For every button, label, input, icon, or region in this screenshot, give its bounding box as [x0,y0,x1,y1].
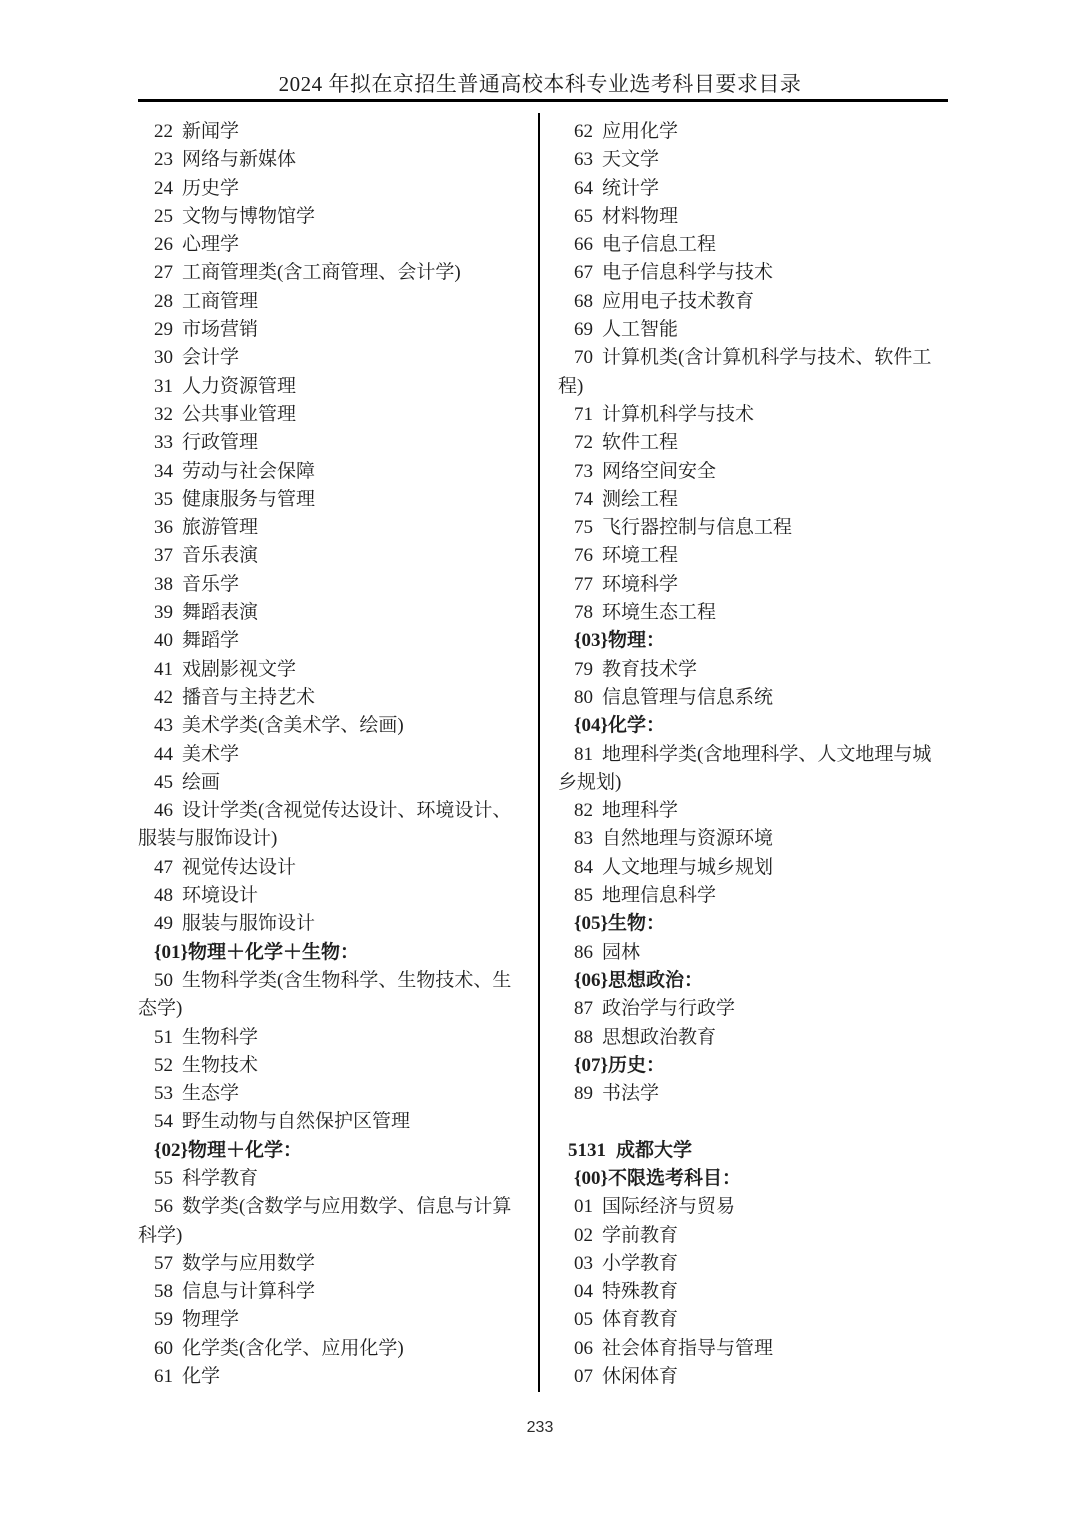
item-name: 服装与服饰设计 [182,913,315,934]
major-item: 33行政管理 [138,429,519,457]
section-title: 物理＋化学＋生物： [188,942,359,963]
item-name: 文物与博物馆学 [182,206,315,227]
column-divider [538,113,540,1392]
major-item: 84人文地理与城乡规划 [558,854,939,882]
item-name: 测绘工程 [602,489,678,510]
major-item: 60化学类(含化学、应用化学) [138,1335,519,1363]
item-number: 82 [574,800,593,821]
item-name: 园林 [602,942,640,963]
item-number: 62 [574,121,593,142]
subject-requirement-header: {00}不限选考科目： [558,1165,939,1193]
item-name: 会计学 [182,347,239,368]
item-name: 生态学 [182,1083,239,1104]
item-name: 美术学 [182,744,239,765]
major-item: 02学前教育 [558,1222,939,1250]
item-number: 55 [154,1168,173,1189]
page-title: 2024 年拟在京招生普通高校本科专业选考科目要求目录 [0,71,1080,97]
item-name: 音乐学 [182,574,239,595]
document-page: { "header": { "title": "2024 年拟在京招生普通高校本… [0,0,1080,1527]
major-item: 35健康服务与管理 [138,486,519,514]
major-item: 31人力资源管理 [138,373,519,401]
major-item: 73网络空间安全 [558,458,939,486]
university-header: 5131成都大学 [558,1137,939,1165]
item-number: 59 [154,1309,173,1330]
item-number: 88 [574,1027,593,1048]
item-name: 自然地理与资源环境 [602,828,773,849]
section-code: {07} [574,1055,608,1076]
item-name: 飞行器控制与信息工程 [602,517,792,538]
item-number: 06 [574,1338,593,1359]
item-number: 26 [154,234,173,255]
item-name: 播音与主持艺术 [182,687,315,708]
item-name: 书法学 [602,1083,659,1104]
item-name: 工商管理类(含工商管理、会计学) [182,262,461,283]
item-number: 47 [154,857,173,878]
item-name: 设计学类(含视觉传达设计、环境设计、服装与服饰设计) [138,800,511,849]
major-item: 56数学类(含数学与应用数学、信息与计算科学) [138,1193,519,1250]
item-number: 42 [154,687,173,708]
item-number: 30 [154,347,173,368]
major-item: 25文物与博物馆学 [138,203,519,231]
university-name: 成都大学 [616,1140,692,1161]
subject-requirement-header: {07}历史： [558,1052,939,1080]
section-title: 不限选考科目： [608,1168,741,1189]
item-number: 54 [154,1111,173,1132]
item-name: 地理科学类(含地理科学、人文地理与城乡规划) [558,744,931,793]
item-name: 体育教育 [602,1309,678,1330]
major-item: 07休闲体育 [558,1363,939,1391]
section-code: {00} [574,1168,608,1189]
major-item: 77环境科学 [558,571,939,599]
item-number: 67 [574,262,593,283]
item-name: 计算机类(含计算机科学与技术、软件工程) [558,347,931,396]
item-number: 80 [574,687,593,708]
major-item: 48环境设计 [138,882,519,910]
major-item: 01国际经济与贸易 [558,1193,939,1221]
item-number: 45 [154,772,173,793]
item-name: 数学类(含数学与应用数学、信息与计算科学) [138,1196,511,1245]
major-item: 66电子信息工程 [558,231,939,259]
item-number: 43 [154,715,173,736]
item-name: 市场营销 [182,319,258,340]
section-code: {02} [154,1140,188,1161]
item-number: 68 [574,291,593,312]
item-name: 应用化学 [602,121,678,142]
item-name: 绘画 [182,772,220,793]
item-number: 28 [154,291,173,312]
item-number: 37 [154,545,173,566]
item-name: 旅游管理 [182,517,258,538]
major-item: 04特殊教育 [558,1278,939,1306]
major-item: 30会计学 [138,344,519,372]
item-name: 环境生态工程 [602,602,716,623]
item-number: 79 [574,659,593,680]
page-number: 233 [0,1418,1080,1438]
item-name: 公共事业管理 [182,404,296,425]
subject-requirement-header: {02}物理＋化学： [138,1137,519,1165]
subject-requirement-header: {03}物理： [558,627,939,655]
item-number: 66 [574,234,593,255]
major-item: 81地理科学类(含地理科学、人文地理与城乡规划) [558,741,939,798]
item-number: 22 [154,121,173,142]
item-number: 24 [154,178,173,199]
major-item: 87政治学与行政学 [558,995,939,1023]
major-item: 47视觉传达设计 [138,854,519,882]
item-name: 劳动与社会保障 [182,461,315,482]
major-item: 28工商管理 [138,288,519,316]
item-name: 化学 [182,1366,220,1387]
major-item: 42播音与主持艺术 [138,684,519,712]
section-code: {06} [574,970,608,991]
item-number: 60 [154,1338,173,1359]
item-name: 思想政治教育 [602,1027,716,1048]
major-item: 65材料物理 [558,203,939,231]
item-number: 74 [574,489,593,510]
major-item: 36旅游管理 [138,514,519,542]
major-item: 29市场营销 [138,316,519,344]
item-number: 81 [574,744,593,765]
left-column: 22新闻学23网络与新媒体24历史学25文物与博物馆学26心理学27工商管理类(… [138,118,519,1391]
subject-requirement-header: {06}思想政治： [558,967,939,995]
item-number: 03 [574,1253,593,1274]
section-title: 物理＋化学： [188,1140,302,1161]
right-column: 62应用化学63天文学64统计学65材料物理66电子信息工程67电子信息科学与技… [558,118,939,1391]
item-name: 心理学 [182,234,239,255]
major-item: 39舞蹈表演 [138,599,519,627]
item-name: 戏剧影视文学 [182,659,296,680]
item-name: 信息与计算科学 [182,1281,315,1302]
major-item: 62应用化学 [558,118,939,146]
item-number: 34 [154,461,173,482]
item-name: 人力资源管理 [182,376,296,397]
item-name: 人工智能 [602,319,678,340]
item-number: 46 [154,800,173,821]
item-name: 网络空间安全 [602,461,716,482]
section-title: 化学： [608,715,665,736]
item-name: 美术学类(含美术学、绘画) [182,715,404,736]
item-number: 32 [154,404,173,425]
item-number: 51 [154,1027,173,1048]
major-item: 46设计学类(含视觉传达设计、环境设计、服装与服饰设计) [138,797,519,854]
major-item: 69人工智能 [558,316,939,344]
item-name: 历史学 [182,178,239,199]
item-number: 40 [154,630,173,651]
item-name: 地理科学 [602,800,678,821]
item-number: 29 [154,319,173,340]
major-item: 38音乐学 [138,571,519,599]
item-number: 65 [574,206,593,227]
item-number: 84 [574,857,593,878]
major-item: 64统计学 [558,175,939,203]
item-name: 软件工程 [602,432,678,453]
item-number: 01 [574,1196,593,1217]
major-item: 71计算机科学与技术 [558,401,939,429]
subject-requirement-header: {01}物理＋化学＋生物： [138,939,519,967]
major-item: 05体育教育 [558,1306,939,1334]
item-name: 野生动物与自然保护区管理 [182,1111,410,1132]
item-name: 统计学 [602,178,659,199]
item-number: 57 [154,1253,173,1274]
item-number: 61 [154,1366,173,1387]
item-number: 44 [154,744,173,765]
university-code: 5131 [568,1140,606,1161]
section-code: {05} [574,913,608,934]
item-number: 41 [154,659,173,680]
major-item: 76环境工程 [558,542,939,570]
major-item: 82地理科学 [558,797,939,825]
item-number: 69 [574,319,593,340]
item-number: 71 [574,404,593,425]
major-item: 86园林 [558,939,939,967]
item-name: 特殊教育 [602,1281,678,1302]
major-item: 68应用电子技术教育 [558,288,939,316]
section-code: {04} [574,715,608,736]
major-item: 89书法学 [558,1080,939,1108]
major-item: 58信息与计算科学 [138,1278,519,1306]
item-number: 53 [154,1083,173,1104]
item-number: 07 [574,1366,593,1387]
major-item: 44美术学 [138,741,519,769]
section-title: 思想政治： [608,970,703,991]
major-item: 26心理学 [138,231,519,259]
item-number: 89 [574,1083,593,1104]
major-item: 80信息管理与信息系统 [558,684,939,712]
item-name: 环境设计 [182,885,258,906]
major-item: 34劳动与社会保障 [138,458,519,486]
major-item: 55科学教育 [138,1165,519,1193]
item-number: 04 [574,1281,593,1302]
section-title: 生物： [608,913,665,934]
major-item: 74测绘工程 [558,486,939,514]
item-number: 58 [154,1281,173,1302]
item-number: 48 [154,885,173,906]
item-number: 52 [154,1055,173,1076]
major-item: 61化学 [138,1363,519,1391]
item-name: 网络与新媒体 [182,149,296,170]
major-item: 85地理信息科学 [558,882,939,910]
item-name: 科学教育 [182,1168,258,1189]
major-item: 63天文学 [558,146,939,174]
blank-line [558,1108,939,1136]
item-name: 视觉传达设计 [182,857,296,878]
item-number: 38 [154,574,173,595]
item-number: 63 [574,149,593,170]
section-title: 历史： [608,1055,665,1076]
item-name: 人文地理与城乡规划 [602,857,773,878]
major-item: 51生物科学 [138,1024,519,1052]
item-number: 83 [574,828,593,849]
major-item: 24历史学 [138,175,519,203]
item-name: 环境科学 [602,574,678,595]
section-title: 物理： [608,630,665,651]
item-number: 02 [574,1225,593,1246]
item-number: 33 [154,432,173,453]
major-item: 83自然地理与资源环境 [558,825,939,853]
item-number: 05 [574,1309,593,1330]
item-name: 社会体育指导与管理 [602,1338,773,1359]
item-name: 国际经济与贸易 [602,1196,735,1217]
item-number: 75 [574,517,593,538]
subject-requirement-header: {04}化学： [558,712,939,740]
item-number: 49 [154,913,173,934]
item-number: 77 [574,574,593,595]
major-item: 43美术学类(含美术学、绘画) [138,712,519,740]
major-item: 57数学与应用数学 [138,1250,519,1278]
item-name: 天文学 [602,149,659,170]
item-number: 78 [574,602,593,623]
major-item: 59物理学 [138,1306,519,1334]
major-item: 52生物技术 [138,1052,519,1080]
item-number: 70 [574,347,593,368]
item-number: 73 [574,461,593,482]
item-name: 小学教育 [602,1253,678,1274]
item-name: 化学类(含化学、应用化学) [182,1338,404,1359]
major-item: 72软件工程 [558,429,939,457]
major-item: 41戏剧影视文学 [138,656,519,684]
item-name: 应用电子技术教育 [602,291,754,312]
item-name: 健康服务与管理 [182,489,315,510]
item-name: 生物技术 [182,1055,258,1076]
item-number: 31 [154,376,173,397]
item-number: 35 [154,489,173,510]
item-name: 电子信息科学与技术 [602,262,773,283]
major-item: 37音乐表演 [138,542,519,570]
item-name: 教育技术学 [602,659,697,680]
item-name: 环境工程 [602,545,678,566]
header-rule [138,99,948,102]
item-name: 休闲体育 [602,1366,678,1387]
item-number: 72 [574,432,593,453]
item-name: 舞蹈学 [182,630,239,651]
major-item: 45绘画 [138,769,519,797]
item-name: 信息管理与信息系统 [602,687,773,708]
item-name: 材料物理 [602,206,678,227]
item-number: 39 [154,602,173,623]
subject-requirement-header: {05}生物： [558,910,939,938]
major-item: 49服装与服饰设计 [138,910,519,938]
major-item: 22新闻学 [138,118,519,146]
major-item: 88思想政治教育 [558,1024,939,1052]
item-name: 物理学 [182,1309,239,1330]
item-number: 85 [574,885,593,906]
item-name: 地理信息科学 [602,885,716,906]
item-number: 25 [154,206,173,227]
major-item: 70计算机类(含计算机科学与技术、软件工程) [558,344,939,401]
item-name: 电子信息工程 [602,234,716,255]
item-number: 36 [154,517,173,538]
item-number: 50 [154,970,173,991]
major-item: 06社会体育指导与管理 [558,1335,939,1363]
item-name: 生物科学 [182,1027,258,1048]
item-name: 计算机科学与技术 [602,404,754,425]
major-item: 03小学教育 [558,1250,939,1278]
section-code: {03} [574,630,608,651]
major-item: 50生物科学类(含生物科学、生物技术、生态学) [138,967,519,1024]
section-code: {01} [154,942,188,963]
item-name: 数学与应用数学 [182,1253,315,1274]
item-number: 87 [574,998,593,1019]
major-item: 79教育技术学 [558,656,939,684]
major-item: 75飞行器控制与信息工程 [558,514,939,542]
item-name: 学前教育 [602,1225,678,1246]
item-name: 舞蹈表演 [182,602,258,623]
major-item: 54野生动物与自然保护区管理 [138,1108,519,1136]
item-number: 86 [574,942,593,963]
major-item: 53生态学 [138,1080,519,1108]
item-name: 工商管理 [182,291,258,312]
item-name: 音乐表演 [182,545,258,566]
major-item: 67电子信息科学与技术 [558,259,939,287]
item-name: 生物科学类(含生物科学、生物技术、生态学) [138,970,511,1019]
item-name: 政治学与行政学 [602,998,735,1019]
item-name: 新闻学 [182,121,239,142]
item-number: 76 [574,545,593,566]
item-name: 行政管理 [182,432,258,453]
major-item: 78环境生态工程 [558,599,939,627]
item-number: 23 [154,149,173,170]
item-number: 64 [574,178,593,199]
major-item: 32公共事业管理 [138,401,519,429]
major-item: 40舞蹈学 [138,627,519,655]
item-number: 27 [154,262,173,283]
major-item: 27工商管理类(含工商管理、会计学) [138,259,519,287]
major-item: 23网络与新媒体 [138,146,519,174]
item-number: 56 [154,1196,173,1217]
